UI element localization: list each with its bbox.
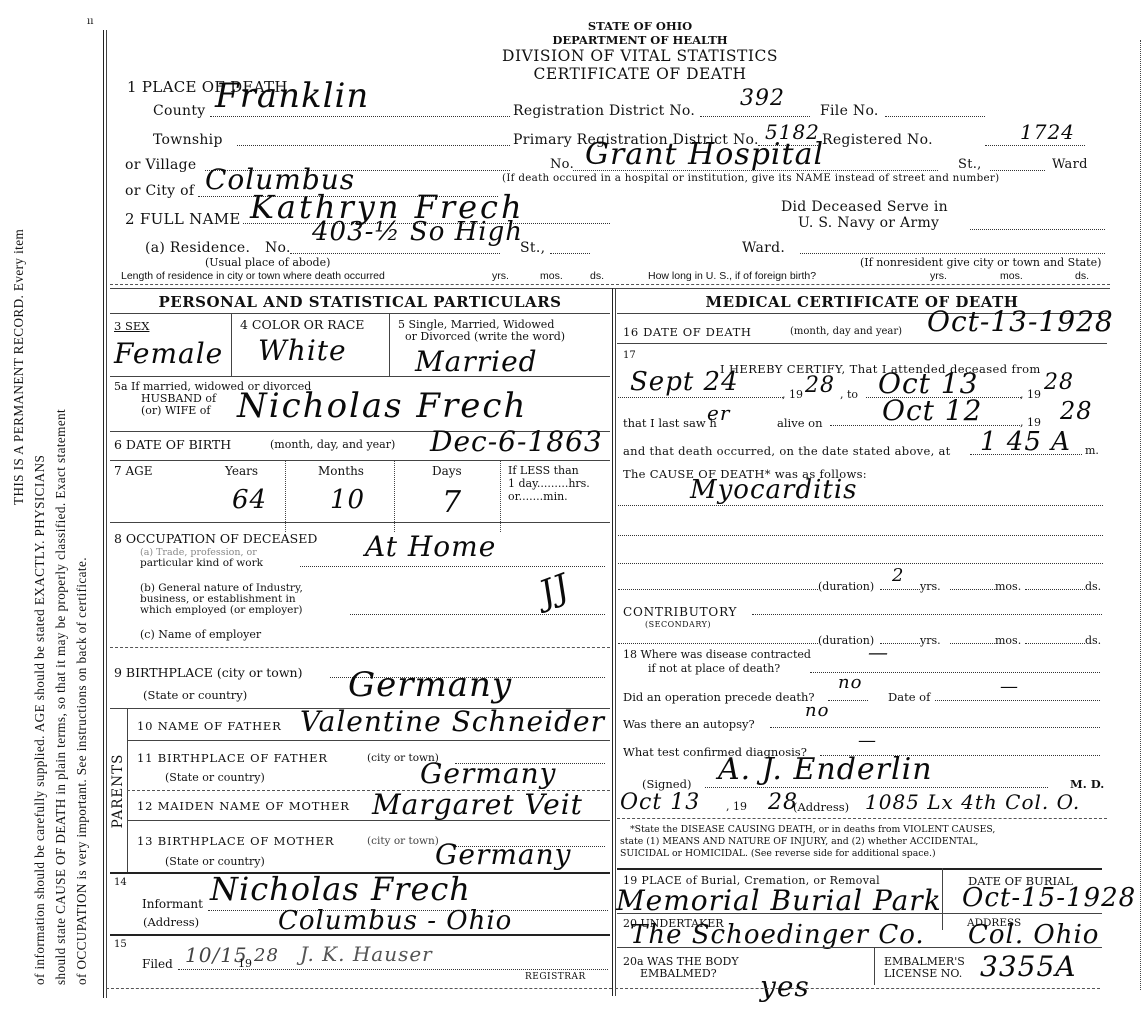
instruction-line: should state CAUSE OF DEATH in plain ter… <box>50 5 71 985</box>
duration-primary-yrs-value: 2 <box>892 565 904 586</box>
street-no-label: No. <box>550 157 574 172</box>
cause-field-3 <box>618 552 1103 564</box>
informant-address-value: Columbus - Ohio <box>278 906 512 936</box>
personal-heading-underline <box>110 313 610 314</box>
sex-value: Female <box>114 337 223 370</box>
days-label: Days <box>432 464 462 478</box>
less-than-label-2: 1 day.........hrs. <box>508 477 590 490</box>
undertaker-underline <box>617 947 1102 948</box>
residence-ward-label: Ward. <box>742 240 785 256</box>
last-saw-label: that I last saw h <box>623 416 717 430</box>
institution-note: (If death occured in a hospital or insti… <box>502 172 999 184</box>
township-field <box>237 130 510 146</box>
undertaker-address-value: Col. Ohio <box>968 920 1099 950</box>
signed-address-underline <box>617 818 1107 819</box>
registrar-label: REGISTRAR <box>525 972 586 982</box>
frame-left-border <box>103 30 104 998</box>
military-label-line1: Did Deceased Serve in <box>781 199 948 215</box>
abode-note: (Usual place of abode) <box>205 256 330 269</box>
secondary-label: (SECONDARY) <box>645 620 711 629</box>
duration-primary-field <box>618 578 818 590</box>
filed-number: 15 <box>114 939 127 950</box>
sex-label: 3 SEX <box>114 319 149 333</box>
burial-date-value: Oct-15-1928 <box>962 883 1136 913</box>
dod-label: 16 DATE OF DEATH <box>623 325 752 339</box>
residence-value: 403-½ So High <box>312 217 523 247</box>
nonresident-field <box>800 238 1105 254</box>
mother-name-value: Margaret Veit <box>372 788 583 821</box>
full-name-label: 2 FULL NAME <box>125 210 241 228</box>
mother-state-label: (State or country) <box>165 855 265 868</box>
cause-field-2 <box>618 524 1103 536</box>
residence-ds-label: ds. <box>590 270 604 282</box>
registration-district-label: Registration District No. <box>513 103 695 119</box>
father-birthplace-label: 11 BIRTHPLACE OF FATHER <box>137 751 328 765</box>
to-year-value: 28 <box>1044 370 1074 395</box>
nonresident-note: (If nonresident give city or town and St… <box>860 256 1101 269</box>
footnote-line-1: *State the DISEASE CAUSING DEATH, or in … <box>630 824 995 835</box>
dob-hint: (month, day, and year) <box>270 438 395 451</box>
row-divider-10 <box>127 740 610 741</box>
from-year-prefix: , 19 <box>782 388 803 401</box>
residence-underline <box>110 284 1110 285</box>
instructions-sidebar: THIS IS A PERMANENT RECORD. Every item o… <box>8 5 92 985</box>
registered-no-value: 1724 <box>1020 120 1075 144</box>
residence-mos-label: mos. <box>540 270 563 282</box>
signed-label: (Signed) <box>642 777 691 791</box>
duration-primary-ds-label: ds. <box>1085 580 1101 593</box>
foreign-mos-label: mos. <box>1000 270 1023 282</box>
institution-value: Grant Hospital <box>585 137 824 172</box>
footnote-underline <box>617 868 1102 870</box>
embalmer-divider <box>874 947 875 985</box>
registered-no-label: Registered No. <box>822 132 933 148</box>
certificate-title: CERTIFICATE OF DEATH <box>485 65 795 83</box>
last-saw-year-value: 28 <box>1060 397 1093 425</box>
top-section-divider <box>110 288 1110 289</box>
filed-year-prefix: 19 <box>238 957 252 970</box>
row-divider-14 <box>110 934 610 936</box>
instruction-line: THIS IS A PERMANENT RECORD. Every item <box>8 5 29 985</box>
city-label: or City of <box>125 183 194 199</box>
duration-secondary-ds-label: ds. <box>1085 634 1101 647</box>
filed-year-value: 28 <box>254 945 279 966</box>
informant-address-label: (Address) <box>143 915 199 929</box>
days-value: 7 <box>442 485 462 520</box>
father-state-label: (State or country) <box>165 771 265 784</box>
occupation-b-label-3: which employed (or employer) <box>140 604 302 616</box>
operation-label: Did an operation precede death? <box>623 690 815 704</box>
embalmed-value: yes <box>760 970 810 1003</box>
death-time-value: 1 45 A <box>980 427 1071 457</box>
from-year-value: 28 <box>805 373 835 398</box>
to-label: , to <box>840 388 858 401</box>
registrar-signature: J. K. Hauser <box>300 942 433 966</box>
contracted-label-2: if not at place of death? <box>648 662 780 675</box>
row-divider-6 <box>110 460 610 461</box>
test-value: — <box>858 730 877 751</box>
months-value: 10 <box>330 485 365 515</box>
residence-label: (a) Residence. <box>145 240 250 256</box>
township-label: Township <box>153 132 223 148</box>
cert-number: 17 <box>623 350 636 361</box>
filed-label: Filed <box>142 957 173 971</box>
residence-ward-field <box>550 238 590 254</box>
personal-heading: PERSONAL AND STATISTICAL PARTICULARS <box>110 293 610 311</box>
sign-date-value: Oct 13 <box>620 790 700 815</box>
footnote-line-2: state (1) MEANS AND NATURE OF INJURY, an… <box>620 836 978 847</box>
months-label: Months <box>318 464 364 478</box>
informant-number: 14 <box>114 877 127 888</box>
military-label-line2: U. S. Navy or Army <box>798 215 939 231</box>
sex-race-divider <box>231 313 232 376</box>
division-title: DIVISION OF VITAL STATISTICS <box>485 47 795 65</box>
birthplace-state-label: (State or country) <box>143 688 247 702</box>
birthplace-label: 9 BIRTHPLACE (city or town) <box>114 665 302 680</box>
institution-ward-field <box>990 155 1045 171</box>
less-than-label-3: or.......min. <box>508 490 568 503</box>
row-divider-7 <box>110 522 610 523</box>
last-saw-value: Oct 12 <box>882 394 982 427</box>
occupation-a-value: At Home <box>365 530 496 563</box>
race-marital-divider <box>389 313 390 376</box>
file-no-label: File No. <box>820 103 879 119</box>
mother-birthplace-label: 13 BIRTHPLACE OF MOTHER <box>137 834 334 848</box>
burial-date-divider <box>942 868 943 930</box>
footnote-line-3: SUICIDAL or HOMICIDAL. (See reverse side… <box>620 848 936 859</box>
foreign-birth-label: How long in U. S., if of foreign birth? <box>648 270 816 282</box>
sign-year-prefix: , 19 <box>726 800 747 813</box>
spouse-label-3: (or) WIFE of <box>141 404 210 417</box>
age-label: 7 AGE <box>114 464 152 478</box>
bottom-line-left <box>106 988 612 989</box>
father-birthplace-value: Germany <box>420 757 556 790</box>
duration-secondary-mos-field <box>950 632 995 644</box>
occupation-a-label-2: particular kind of work <box>140 557 263 569</box>
physician-address-value: 1085 Lx 4th Col. O. <box>865 790 1080 814</box>
informant-value: Nicholas Frech <box>210 870 471 908</box>
death-time-label: and that death occurred, on the date sta… <box>623 444 951 458</box>
certificate-header: STATE OF OHIO DEPARTMENT OF HEALTH DIVIS… <box>485 20 795 83</box>
to-year-prefix: , 19 <box>1020 388 1041 401</box>
occupation-label: 8 OCCUPATION OF DECEASED <box>114 531 317 546</box>
contracted-value: — <box>868 640 889 664</box>
file-no-field <box>885 101 985 117</box>
father-name-value: Valentine Schneider <box>300 705 605 738</box>
marital-label-2: or Divorced (write the word) <box>405 330 565 343</box>
village-label: or Village <box>125 157 196 173</box>
alive-on-label: alive on <box>777 416 823 430</box>
birthplace-value: Germany <box>348 665 512 705</box>
duration-primary-ds-field <box>1025 578 1085 590</box>
duration-primary-mos-label: mos. <box>995 580 1021 593</box>
attended-from-value: Sept 24 <box>630 367 739 397</box>
physician-signature: A. J. Enderlin <box>718 752 933 787</box>
residence-st-label: St., <box>520 240 545 256</box>
mother-birthplace-hint: (city or town) <box>367 835 439 847</box>
row-divider-12 <box>127 820 610 821</box>
duration-secondary-yrs-label: yrs. <box>920 634 941 647</box>
mother-birthplace-value: Germany <box>435 838 571 871</box>
marital-value: Married <box>415 345 538 378</box>
autopsy-label: Was there an autopsy? <box>623 717 755 731</box>
undertaker-value: The Schoedinger Co. <box>630 920 925 950</box>
row-divider-3 <box>110 376 610 377</box>
dob-label: 6 DATE OF BIRTH <box>114 437 231 452</box>
frame-right-margin <box>1140 40 1141 990</box>
race-value: White <box>258 334 347 367</box>
contributory-label: CONTRIBUTORY <box>623 605 737 619</box>
father-name-label: 10 NAME OF FATHER <box>137 719 282 733</box>
md-label: M. D. <box>1070 777 1104 791</box>
residence-no-label: No. <box>265 240 291 256</box>
bottom-line-right <box>615 988 1100 989</box>
last-saw-pronoun: er <box>707 401 730 425</box>
dod-underline <box>617 343 1107 344</box>
date-of-label: Date of <box>888 690 930 704</box>
county-label: County <box>153 103 206 119</box>
institution-ward-label: Ward <box>1052 157 1088 172</box>
race-label: 4 COLOR OR RACE <box>240 317 364 332</box>
date-of-value: — <box>1000 676 1019 697</box>
foreign-ds-label: ds. <box>1075 270 1089 282</box>
duration-primary-mos-field <box>950 578 995 590</box>
row-divider-8 <box>110 647 610 648</box>
duration-primary-label: (duration) <box>818 580 874 593</box>
length-of-residence-label: Length of residence in city or town wher… <box>121 270 385 282</box>
embalmed-label-2: EMBALMED? <box>640 967 717 980</box>
duration-secondary-ds-field <box>1025 632 1085 644</box>
contributory-field <box>752 603 1102 615</box>
dod-hint: (month, day and year) <box>790 326 902 337</box>
physician-address-label: (Address) <box>793 800 849 814</box>
mother-name-label: 12 MAIDEN NAME OF MOTHER <box>137 799 350 813</box>
license-value: 3355A <box>980 950 1076 983</box>
operation-value: no <box>838 672 862 693</box>
institution-st-label: St., <box>958 157 982 172</box>
department-title: DEPARTMENT OF HEALTH <box>485 33 795 47</box>
registration-district-value: 392 <box>740 86 785 111</box>
contracted-label-1: 18 Where was disease contracted <box>623 648 811 661</box>
years-value: 64 <box>232 485 267 515</box>
informant-label: Informant <box>142 897 203 911</box>
instruction-line: of information should be carefully suppl… <box>29 5 50 985</box>
instruction-line: of OCCUPATION is very important. See ins… <box>71 5 92 985</box>
death-time-suffix: m. <box>1085 444 1099 457</box>
less-than-label-1: If LESS than <box>508 464 579 477</box>
license-label-2: LICENSE NO. <box>884 967 962 980</box>
dod-value: Oct-13-1928 <box>927 305 1114 338</box>
column-divider <box>612 288 613 996</box>
cause-value: Myocarditis <box>690 475 858 505</box>
military-field <box>970 215 1105 230</box>
spouse-value: Nicholas Frech <box>237 386 527 426</box>
corner-mark: ıı <box>87 16 93 27</box>
parents-side-label: PARENTS <box>110 751 126 831</box>
duration-secondary-label: (duration) <box>818 634 874 647</box>
duration-primary-yrs-label: yrs. <box>920 580 941 593</box>
frame-left-border-inner <box>106 30 107 998</box>
state-title: STATE OF OHIO <box>485 20 795 33</box>
residence-yrs-label: yrs. <box>492 270 509 282</box>
dob-value: Dec-6-1863 <box>430 425 603 458</box>
occupation-c-label: (c) Name of employer <box>140 628 261 641</box>
duration-secondary-mos-label: mos. <box>995 634 1021 647</box>
years-label: Years <box>225 464 258 478</box>
foreign-yrs-label: yrs. <box>930 270 947 282</box>
duration-secondary-field <box>618 632 818 644</box>
county-value: Franklin <box>215 76 369 116</box>
autopsy-value: no <box>805 700 829 721</box>
burial-underline <box>617 913 1102 914</box>
